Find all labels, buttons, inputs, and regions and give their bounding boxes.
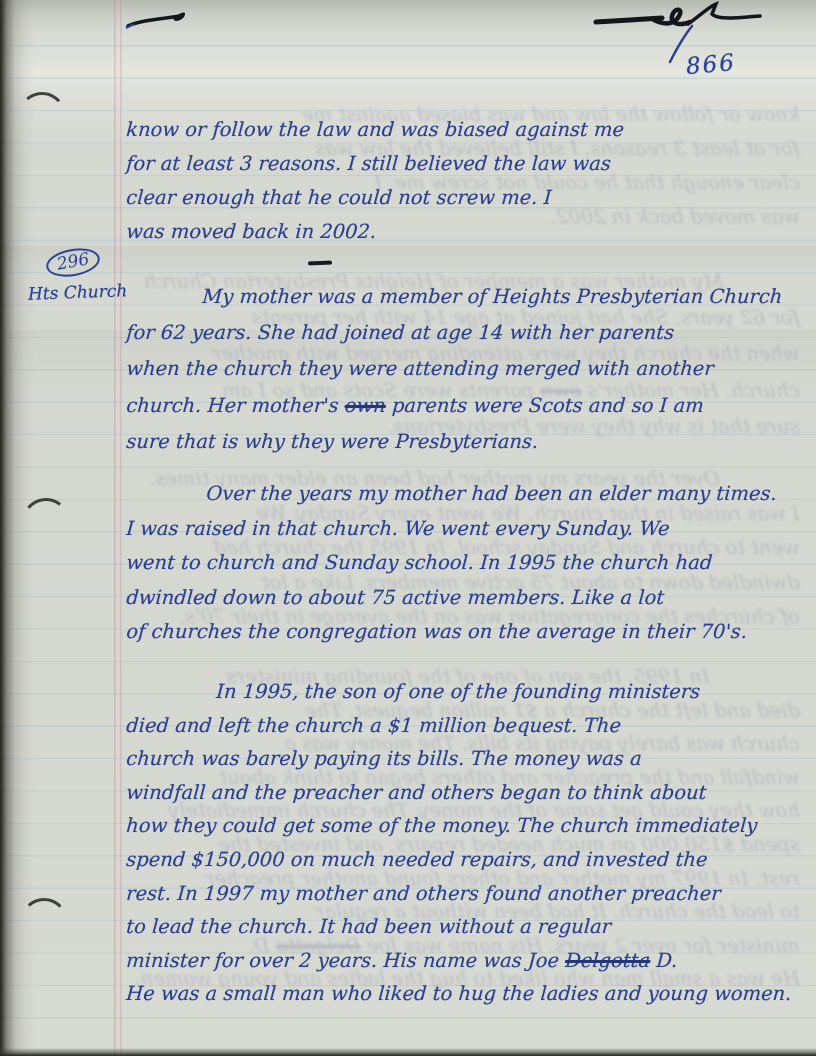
- handwriting-line: went to church and Sunday school. In 199…: [125, 551, 809, 586]
- handwriting-line: spend $150,000 on much needed repairs, a…: [125, 848, 809, 882]
- handwriting-line: My mother was a member of Heights Presby…: [125, 285, 810, 321]
- red-margin-line: [112, 0, 124, 1056]
- margin-note-label: Hts Church: [28, 281, 128, 304]
- handwriting-line: know or follow the law and was biased ag…: [125, 118, 809, 152]
- handwriting-line: how they could get some of the money. Th…: [125, 814, 809, 848]
- handwriting-line: for at least 3 reasons. I still believed…: [125, 152, 809, 186]
- scan-edge-shadow-bottom: [0, 1048, 816, 1056]
- handwriting-line: church. Her mother's own parents were Sc…: [125, 394, 810, 430]
- handwriting-line: I was raised in that church. We went eve…: [125, 517, 809, 552]
- handwriting-line: when the church they were attending merg…: [125, 357, 810, 393]
- handwriting-line: In 1995, the son of one of the founding …: [125, 680, 809, 714]
- handwriting-line: rest. In 1997 my mother and others found…: [125, 882, 809, 916]
- page-number: 866: [685, 50, 737, 80]
- handwriting-line: to lead the church. It had been without …: [125, 915, 809, 949]
- handwriting-line: sure that is why they were Presbyterians…: [125, 430, 810, 466]
- struck-out-word: own: [344, 394, 387, 417]
- handwritten-paragraph: In 1995, the son of one of the founding …: [126, 680, 808, 1016]
- stray-ink-mark-left: [122, 2, 212, 36]
- handwritten-paragraph: Over the years my mother had been an eld…: [126, 482, 808, 655]
- handwriting-line: died and left the church a $1 million be…: [125, 714, 809, 748]
- handwritten-paragraph: know or follow the law and was biased ag…: [126, 118, 808, 254]
- struck-out-word: Delgotta: [564, 949, 651, 972]
- scanned-handwritten-page: 866 296 Hts Church know or follow the la…: [0, 0, 816, 1056]
- handwriting-line: for 62 years. She had joined at age 14 w…: [125, 321, 810, 357]
- handwritten-paragraph: My mother was a member of Heights Presby…: [126, 285, 808, 466]
- handwriting-line: clear enough that he could not screw me.…: [125, 186, 809, 220]
- handwriting-line: He was a small man who liked to hug the …: [125, 982, 809, 1016]
- handwriting-line: church was barely paying its bills. The …: [125, 747, 809, 781]
- handwriting-line: was moved back in 2002.: [125, 220, 809, 254]
- handwriting-line: dwindled down to about 75 active members…: [125, 586, 809, 621]
- handwriting-line: of churches the congregation was on the …: [125, 620, 809, 655]
- handwriting-line: minister for over 2 years. His name was …: [125, 949, 809, 983]
- handwriting-line: Over the years my mother had been an eld…: [125, 482, 809, 517]
- handwriting-line: windfall and the preacher and others beg…: [125, 781, 809, 815]
